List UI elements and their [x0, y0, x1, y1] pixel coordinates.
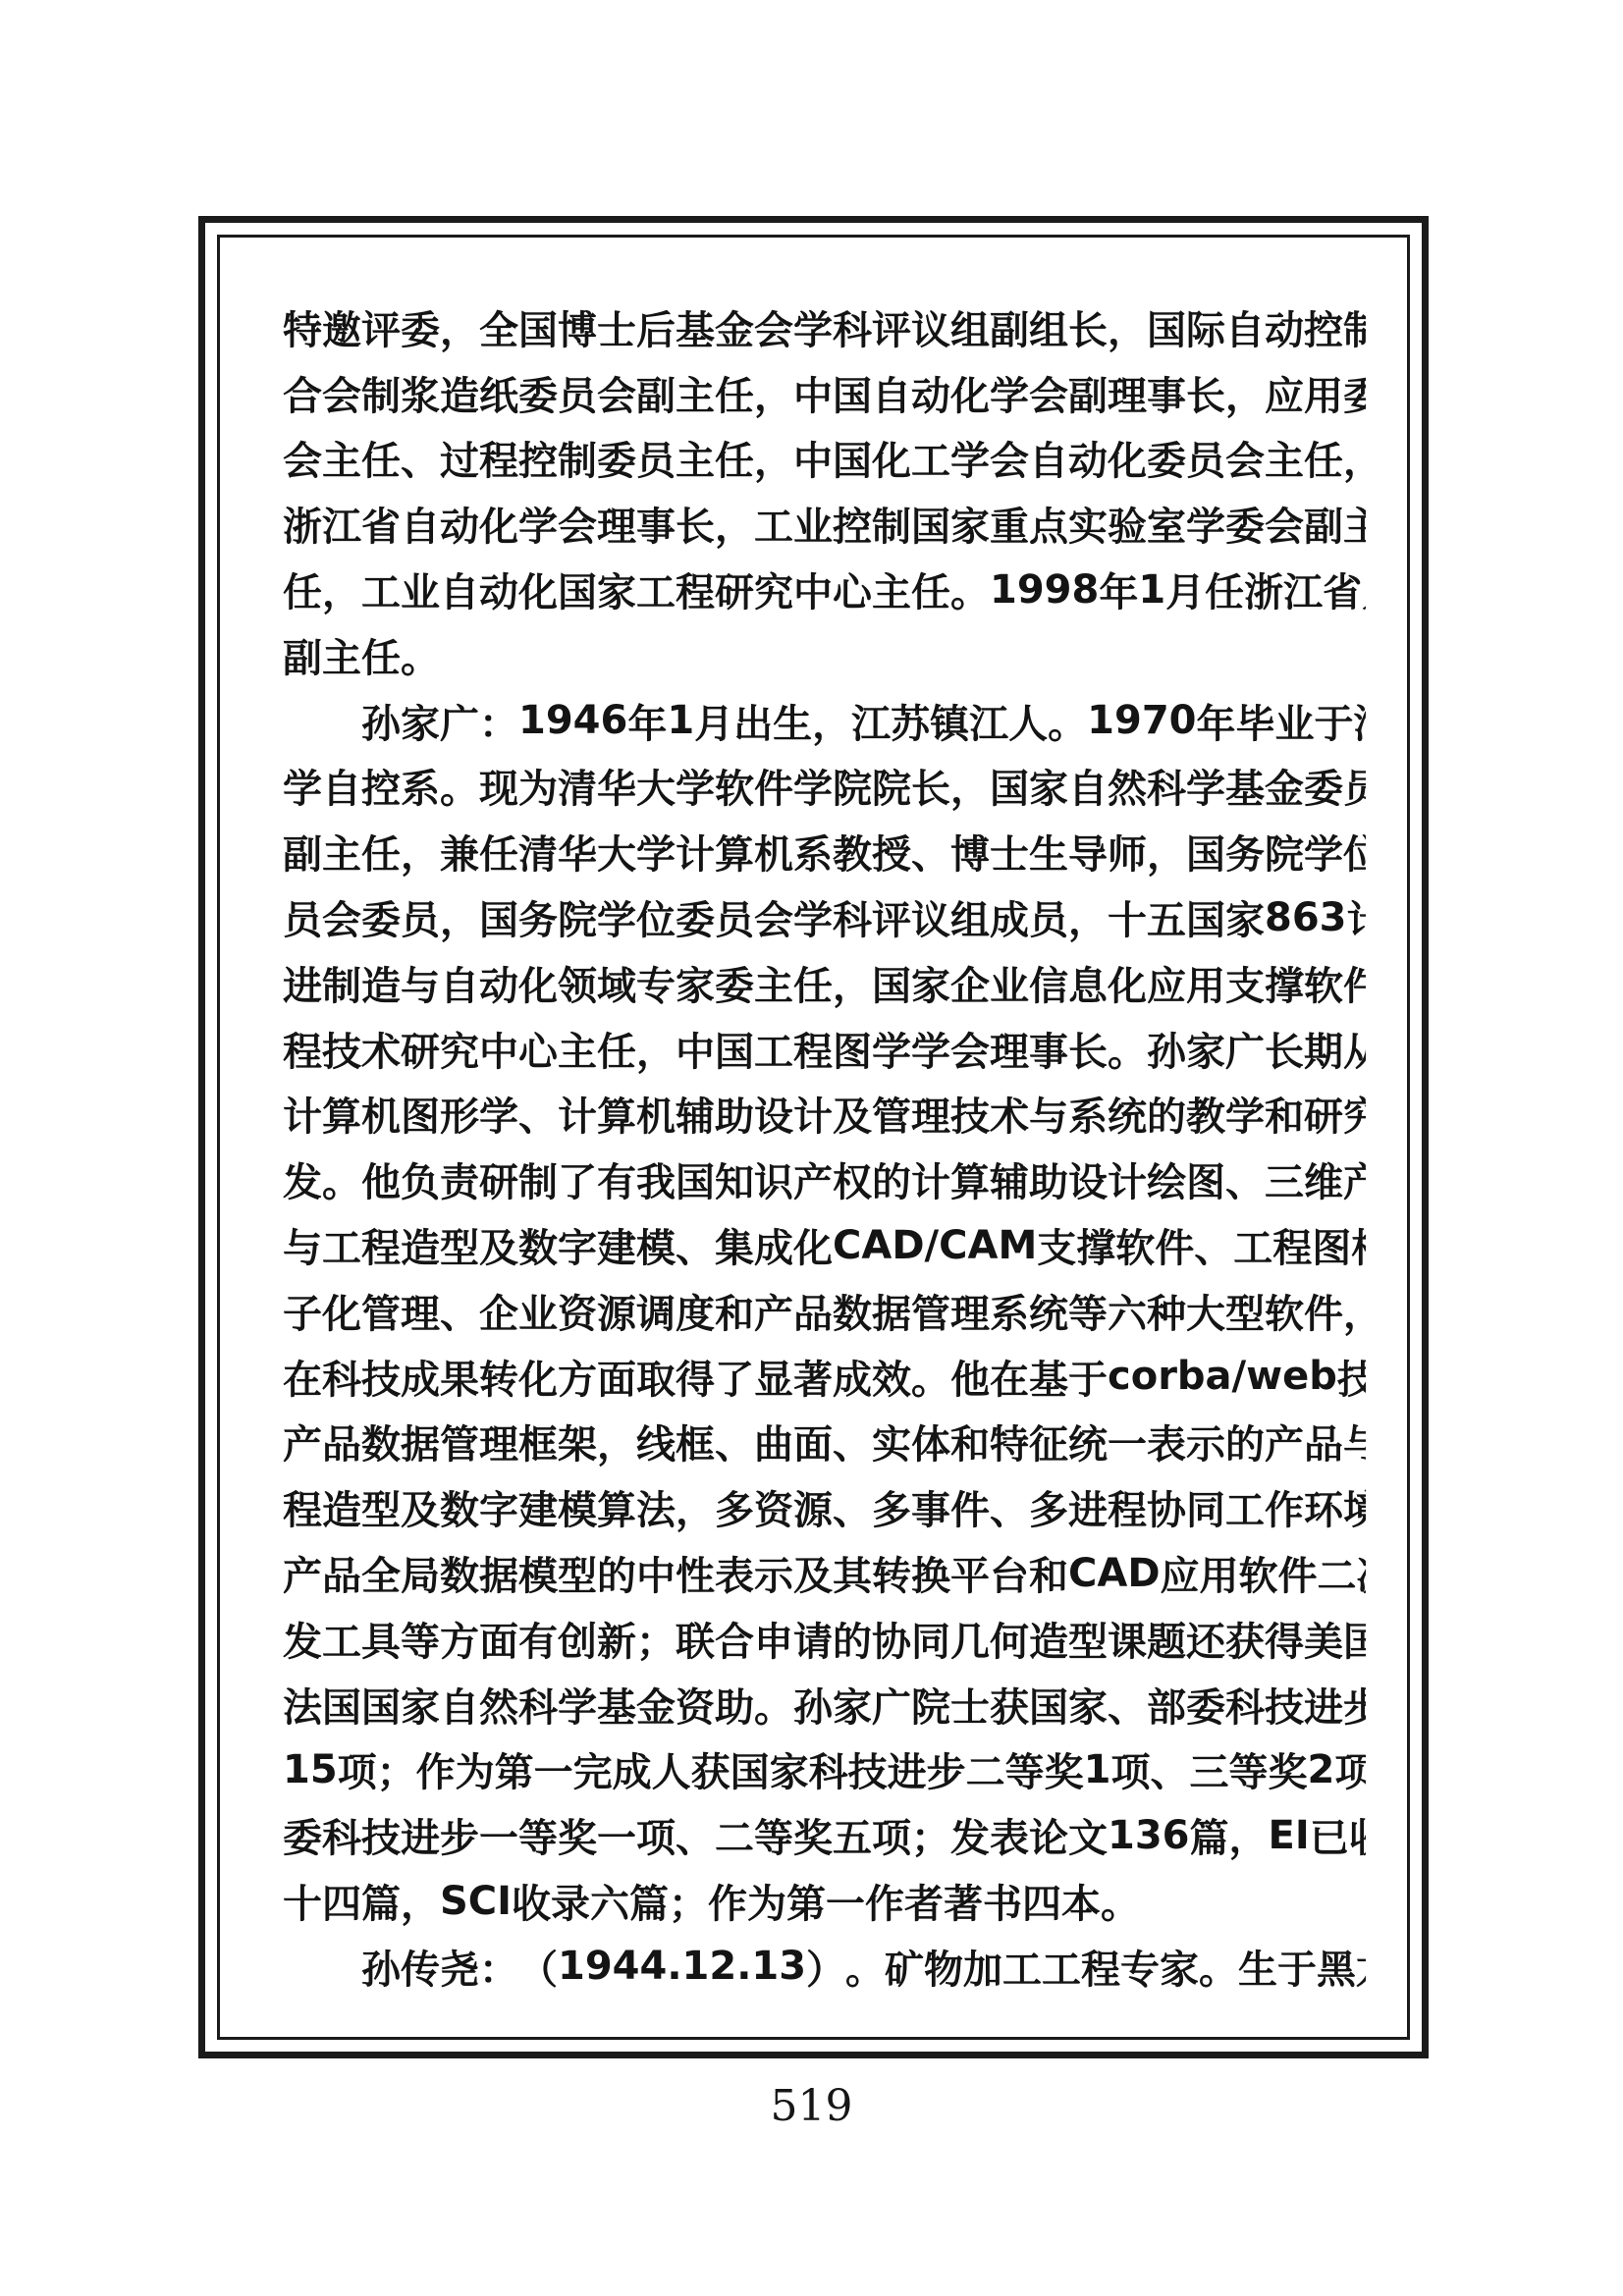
text-token: ， — [1225, 365, 1265, 421]
text-token: 计 — [793, 1086, 833, 1142]
text-token: 已 — [1310, 1807, 1349, 1863]
text-token: 动 — [1265, 299, 1304, 355]
text-token: 算 — [950, 1151, 990, 1207]
text-token: 化 — [322, 1283, 361, 1339]
text-token: 了 — [715, 1349, 754, 1405]
text-token: 15 — [283, 1747, 338, 1792]
inner-border-frame: 特邀评委，全国博士后基金会学科评议组副组长，国际自动控制联合会制浆造纸委员会副主… — [217, 235, 1410, 2040]
text-token: 室 — [1147, 496, 1186, 552]
text-token: 月 — [694, 693, 733, 749]
text-token: 副 — [990, 299, 1029, 355]
text-token: 国 — [1186, 824, 1225, 880]
text-token: ， — [715, 496, 754, 552]
text-token: 学 — [793, 889, 833, 945]
text-token: 取 — [636, 1349, 676, 1405]
text-token: 动 — [479, 561, 518, 617]
text-token: 辅 — [990, 1151, 1029, 1207]
text-token: 识 — [754, 1151, 793, 1207]
text-token: 有 — [597, 1151, 636, 1207]
text-token: 于 — [1277, 1939, 1317, 1995]
text-token: 框 — [518, 1414, 558, 1469]
text-token: 计 — [1108, 1151, 1147, 1207]
text-token: 部 — [1147, 1677, 1186, 1733]
text-token: 组 — [950, 889, 990, 945]
text-token: 一 — [534, 1741, 573, 1797]
text-token: 和 — [715, 1283, 754, 1339]
text-line: 副主任，兼任清华大学计算机系教授、博士生导师，国务院学位委 — [283, 819, 1366, 884]
text-line: 孙传尧：（1944.12.13）。矿物加工工程专家。生于黑龙江省 — [283, 1934, 1366, 2000]
text-token: 算 — [715, 824, 754, 880]
text-token: 省 — [361, 496, 401, 552]
text-token: 136 — [1108, 1813, 1190, 1858]
text-token: 人 — [1362, 561, 1366, 617]
text-token: 三 — [1190, 1741, 1229, 1797]
text-token: 任 — [1304, 430, 1343, 486]
text-token: 任 — [715, 430, 754, 486]
text-token: 员 — [1343, 758, 1366, 814]
text-token: 项 — [1111, 1741, 1151, 1797]
text-token: 型 — [1225, 1283, 1265, 1339]
text-token: 学 — [990, 365, 1029, 421]
text-line: 产品数据管理框架，线框、曲面、实体和特征统一表示的产品与工 — [283, 1410, 1366, 1475]
text-token: 员 — [1029, 889, 1068, 945]
text-token: 教 — [833, 824, 872, 880]
text-token: 程 — [676, 561, 715, 617]
text-token: 合 — [715, 1611, 754, 1667]
text-token: 步 — [440, 1807, 479, 1863]
text-token: 主 — [322, 627, 361, 683]
text-token: 出 — [733, 693, 773, 749]
text-token: 委 — [597, 430, 636, 486]
text-token: 龙 — [1356, 1939, 1366, 1995]
text-token: 助 — [715, 1086, 754, 1142]
text-token: 会 — [1265, 496, 1304, 552]
text-token: 项 — [338, 1741, 377, 1797]
text-token: 家 — [1160, 1939, 1199, 1995]
text-token: 工 — [754, 496, 793, 552]
text-token: 究 — [754, 561, 793, 617]
text-token: 辅 — [676, 1086, 715, 1142]
text-token: 造 — [322, 1479, 361, 1535]
text-token: 同 — [1186, 1479, 1225, 1535]
text-token: 院 — [558, 889, 597, 945]
text-token: 国 — [1186, 889, 1225, 945]
text-token: 任 — [715, 365, 754, 421]
text-token: 国 — [1147, 299, 1186, 355]
text-token: 国 — [833, 365, 872, 421]
text-token: 事 — [1147, 365, 1186, 421]
text-token: 自 — [440, 561, 479, 617]
text-token: 学 — [872, 1021, 911, 1077]
text-token: 资 — [754, 1479, 793, 1535]
text-token: 一 — [479, 1807, 518, 1863]
text-token: 主 — [1265, 430, 1304, 486]
text-token: 清 — [558, 758, 597, 814]
text-token: 副 — [283, 627, 322, 683]
text-token: 管 — [872, 1086, 911, 1142]
text-token: 院 — [911, 1677, 950, 1733]
text-token: 员 — [715, 889, 754, 945]
text-token: 与 — [401, 955, 440, 1011]
text-token: 软 — [715, 758, 754, 814]
text-token: 造 — [361, 955, 401, 1011]
text-token: 奖 — [793, 1807, 833, 1863]
text-token: 特 — [283, 299, 322, 355]
text-token: 术 — [361, 1021, 401, 1077]
text-token: 事 — [636, 496, 676, 552]
text-token: 理 — [401, 1283, 440, 1339]
text-token: 苏 — [891, 693, 930, 749]
text-token: 1944.12.13 — [558, 1944, 806, 1989]
text-token: 程 — [479, 430, 518, 486]
text-token: 1 — [667, 698, 694, 743]
text-token: 等 — [1229, 1741, 1269, 1797]
text-token: 管 — [911, 1283, 950, 1339]
text-token: 用 — [1200, 1545, 1239, 1601]
text-token: 家 — [1068, 1677, 1108, 1733]
text-token: ； — [377, 1741, 416, 1797]
text-token: 家 — [1186, 1021, 1225, 1077]
text-token: 学 — [1304, 824, 1343, 880]
text-token: 书 — [983, 1873, 1022, 1929]
text-token: 究 — [1343, 1086, 1366, 1142]
text-token: 化 — [479, 496, 518, 552]
text-token: 件 — [950, 1479, 990, 1535]
text-token: 学 — [518, 496, 558, 552]
text-token: 委 — [1186, 1677, 1225, 1733]
text-token: ， — [1343, 1283, 1366, 1339]
text-token: 表 — [1147, 1414, 1186, 1469]
text-token: 件 — [1343, 955, 1366, 1011]
text-token: 工 — [636, 561, 676, 617]
text-token: 品 — [322, 1545, 361, 1601]
text-token: 。 — [845, 1939, 885, 1995]
text-token: 程 — [283, 1479, 322, 1535]
page-number: 519 — [0, 2081, 1623, 2131]
text-token: 点 — [1029, 496, 1068, 552]
text-token: 度 — [676, 1283, 715, 1339]
text-token: 题 — [1147, 1611, 1186, 1667]
text-token: 平 — [950, 1545, 990, 1601]
text-token: 控 — [1304, 299, 1343, 355]
text-token: 录 — [551, 1873, 590, 1929]
text-token: 家 — [401, 693, 440, 749]
text-token: 获 — [691, 1741, 730, 1797]
text-token: 家 — [911, 955, 950, 1011]
text-token: 模 — [636, 1217, 676, 1273]
text-token: 浙 — [283, 496, 322, 552]
text-token: 示 — [754, 1545, 793, 1601]
text-token: 会 — [754, 889, 793, 945]
text-token: 新 — [597, 1611, 636, 1667]
text-token: 数 — [833, 1283, 872, 1339]
text-token: 中 — [793, 561, 833, 617]
text-token: 技 — [361, 1349, 401, 1405]
text-token: 数 — [440, 1479, 479, 1535]
text-token: EI — [1269, 1813, 1310, 1858]
text-token: 委 — [676, 889, 715, 945]
text-token: 设 — [754, 1086, 793, 1142]
text-token: 会 — [322, 365, 361, 421]
text-token: 的 — [833, 1611, 872, 1667]
text-token: 二 — [1318, 1545, 1357, 1601]
text-token: 师 — [1108, 824, 1147, 880]
text-token: 算 — [322, 1086, 361, 1142]
text-token: 委 — [1304, 758, 1343, 814]
outer-border-frame: 特邀评委，全国博士后基金会学科评议组副组长，国际自动控制联合会制浆造纸委员会副主… — [198, 216, 1429, 2058]
text-token: 、 — [990, 1479, 1029, 1535]
text-token: 方 — [558, 1349, 597, 1405]
text-token: 科 — [833, 889, 872, 945]
text-token: 员 — [283, 889, 322, 945]
text-token: 表 — [990, 1807, 1029, 1863]
text-token: 家 — [833, 1677, 872, 1733]
text-line: 员会委员，国务院学位委员会学科评议组成员，十五国家863计划先 — [283, 884, 1366, 950]
text-token: 、 — [401, 430, 440, 486]
text-token: 会 — [950, 1021, 990, 1077]
text-token: 资 — [558, 1283, 597, 1339]
text-token: 会 — [990, 430, 1029, 486]
text-token: 委 — [518, 365, 558, 421]
text-token: 型 — [361, 1479, 401, 1535]
text-line: 程造型及数字建模算法，多资源、多事件、多进程协同工作环境， — [283, 1474, 1366, 1540]
text-token: 委 — [401, 299, 440, 355]
text-token: 应 — [1161, 1545, 1200, 1601]
text-token: 源 — [793, 1479, 833, 1535]
text-token: ， — [812, 693, 851, 749]
text-token: 清 — [1354, 693, 1367, 749]
text-token: 工 — [1002, 1939, 1042, 1995]
text-token: 信 — [1029, 955, 1068, 1011]
text-token: 全 — [361, 1545, 401, 1601]
text-token: 造 — [1029, 1611, 1068, 1667]
text-token: 重 — [990, 496, 1029, 552]
text-token: 奖 — [1269, 1741, 1308, 1797]
text-token: 特 — [990, 1414, 1029, 1469]
text-token: 人 — [1008, 693, 1048, 749]
text-token: 。 — [1108, 1021, 1147, 1077]
text-token: 。 — [1048, 693, 1087, 749]
text-token: 软 — [1265, 1283, 1304, 1339]
text-token: 际 — [1186, 299, 1225, 355]
text-token: 他 — [950, 1349, 990, 1405]
text-token: ， — [676, 1479, 715, 1535]
text-token: 理 — [597, 496, 636, 552]
text-line: 发。他负责研制了有我国知识产权的计算辅助设计绘图、三维产品 — [283, 1147, 1366, 1212]
text-token: 权 — [833, 1151, 872, 1207]
text-token: 长 — [1068, 299, 1108, 355]
text-token: 程 — [1081, 1939, 1120, 1995]
text-token: 家 — [1225, 889, 1265, 945]
text-token: 有 — [518, 1611, 558, 1667]
text-token: 等 — [1068, 1283, 1108, 1339]
text-token: 六 — [1108, 1283, 1147, 1339]
text-token: 主 — [676, 365, 715, 421]
text-token: 其 — [833, 1545, 872, 1601]
text-token: 江 — [322, 496, 361, 552]
text-token: 著 — [793, 1349, 833, 1405]
text-token: 十 — [1108, 889, 1147, 945]
text-token: 会 — [597, 365, 636, 421]
text-token: 台 — [990, 1545, 1029, 1601]
text-token: 国 — [911, 496, 950, 552]
text-token: 步 — [1343, 1677, 1366, 1733]
text-token: 撑 — [1076, 1217, 1115, 1273]
text-token: 项 — [636, 1807, 676, 1863]
text-token: 企 — [479, 1283, 518, 1339]
text-token: 孙 — [1147, 1021, 1186, 1077]
text-token: 1 — [1084, 1747, 1111, 1792]
text-token: 件 — [1155, 1217, 1194, 1273]
text-token: 型 — [440, 1217, 479, 1273]
text-token: 他 — [361, 1151, 401, 1207]
text-token: 征 — [1029, 1414, 1068, 1469]
text-token: 自 — [322, 758, 361, 814]
text-token: 主 — [558, 1021, 597, 1077]
text-token: 课 — [1108, 1611, 1147, 1667]
text-token: 长 — [1186, 365, 1225, 421]
text-token: 理 — [479, 1414, 518, 1469]
text-token: 学 — [1186, 758, 1225, 814]
text-token: 会 — [558, 496, 597, 552]
text-token: 支 — [1037, 1217, 1076, 1273]
text-token: 作 — [865, 1873, 904, 1929]
text-token: 评 — [361, 299, 401, 355]
text-token: 调 — [636, 1283, 676, 1339]
text-token: 得 — [1265, 1611, 1304, 1667]
text-token: 物 — [924, 1939, 963, 1995]
text-token: 基 — [1029, 1349, 1068, 1405]
text-token: 与 — [1029, 1086, 1068, 1142]
text-token: 产 — [1343, 1151, 1366, 1207]
text-token: 品 — [1304, 1414, 1343, 1469]
text-token: 国 — [558, 561, 597, 617]
text-token: 家 — [597, 561, 636, 617]
text-token: 业 — [990, 955, 1029, 1011]
text-token: ） — [806, 1939, 845, 1995]
text-token: 然 — [1108, 758, 1147, 814]
document-page: 特邀评委，全国博士后基金会学科评议组副组长，国际自动控制联合会制浆造纸委员会副主… — [0, 0, 1623, 2296]
text-token: 国 — [676, 1151, 715, 1207]
text-token: 创 — [558, 1611, 597, 1667]
text-token: 成 — [833, 1349, 872, 1405]
text-token: 模 — [518, 1545, 558, 1601]
text-token: 线 — [636, 1414, 676, 1469]
text-token: 等 — [754, 1807, 793, 1863]
text-token: 化 — [518, 561, 558, 617]
text-token: ， — [1343, 430, 1366, 486]
text-token: 多 — [872, 1479, 911, 1535]
text-token: 产 — [754, 1283, 793, 1339]
text-token: 基 — [597, 1677, 636, 1733]
text-line: 委科技进步一等奖一项、二等奖五项；发表论文136篇，EI已收录三 — [283, 1802, 1366, 1868]
text-token: 机 — [361, 1086, 401, 1142]
text-token: 成 — [754, 1217, 793, 1273]
text-token: 种 — [1147, 1283, 1186, 1339]
text-token: 境 — [1343, 1479, 1366, 1535]
text-token: 主 — [872, 561, 911, 617]
text-token: 者 — [904, 1873, 944, 1929]
text-token: 矿 — [885, 1939, 924, 1995]
text-token: 国 — [990, 758, 1029, 814]
text-token: 委 — [1225, 496, 1265, 552]
text-token: 家 — [950, 496, 990, 552]
text-token: 自 — [1068, 758, 1108, 814]
text-token: ， — [1229, 1807, 1269, 1863]
text-token: 框 — [676, 1414, 715, 1469]
text-token: 会 — [283, 430, 322, 486]
text-token: 金 — [715, 299, 754, 355]
text-token: 管 — [361, 1283, 401, 1339]
text-token: 、 — [1108, 1677, 1147, 1733]
text-token: 任 — [911, 561, 950, 617]
text-token: 事 — [911, 1479, 950, 1535]
text-token: 授 — [872, 824, 911, 880]
text-token: 工 — [1233, 1217, 1272, 1273]
text-token: 示 — [1186, 1414, 1225, 1469]
text-token: ， — [597, 1414, 636, 1469]
text-token: 绘 — [1147, 1151, 1186, 1207]
text-token: 主 — [754, 955, 793, 1011]
text-line: 15项；作为第一完成人获国家科技进步二等奖1项、三等奖2项，部 — [283, 1737, 1366, 1803]
text-token: 家 — [770, 1741, 809, 1797]
text-token: 省 — [1323, 561, 1362, 617]
text-token: 年 — [1099, 561, 1138, 617]
text-token: 发 — [950, 1807, 990, 1863]
text-line: 十四篇，SCI收录六篇；作为第一作者著书四本。 — [283, 1868, 1366, 1934]
text-token: 副 — [283, 824, 322, 880]
text-token: 三 — [1265, 1151, 1304, 1207]
text-token: 动 — [911, 365, 950, 421]
text-token: 技 — [1265, 1677, 1304, 1733]
text-token: 。 — [1101, 1873, 1140, 1929]
text-token: 品 — [322, 1414, 361, 1469]
text-line: 计算机图形学、计算机辅助设计及管理技术与系统的教学和研究开 — [283, 1082, 1366, 1148]
text-token: 四 — [322, 1873, 361, 1929]
text-token: 金 — [636, 1677, 676, 1733]
text-token: 系 — [990, 1283, 1029, 1339]
text-token: 委 — [715, 955, 754, 1011]
text-token: 理 — [950, 1283, 990, 1339]
text-token: 科 — [1147, 758, 1186, 814]
text-token: 中 — [793, 430, 833, 486]
text-token: 一 — [597, 1807, 636, 1863]
text-token: 理 — [990, 1021, 1029, 1077]
text-token: 长 — [676, 496, 715, 552]
text-token: 篇 — [629, 1873, 669, 1929]
text-token: 评 — [872, 299, 911, 355]
text-token: 控 — [361, 758, 401, 814]
text-token: 期 — [1304, 1021, 1343, 1077]
text-token: 图 — [1312, 1217, 1351, 1273]
text-token: SCI — [440, 1879, 512, 1924]
text-token: 国 — [1343, 1611, 1366, 1667]
text-token: 我 — [636, 1151, 676, 1207]
text-token: 、 — [1194, 1217, 1233, 1273]
text-token: 、 — [440, 1283, 479, 1339]
text-token: 与 — [1343, 1414, 1366, 1469]
text-token: 、 — [1225, 1151, 1265, 1207]
text-token: 应 — [1147, 955, 1186, 1011]
text-token: 件 — [1304, 1283, 1343, 1339]
text-token: 。 — [1199, 1939, 1238, 1995]
text-line: 会主任、过程控制委员主任，中国化工学会自动化委员会主任， — [283, 426, 1366, 492]
text-token: ， — [401, 824, 440, 880]
text-token: 技 — [322, 1021, 361, 1077]
text-token: 域 — [597, 955, 636, 1011]
text-token: 同 — [911, 1611, 950, 1667]
text-token: 任 — [1205, 561, 1244, 617]
